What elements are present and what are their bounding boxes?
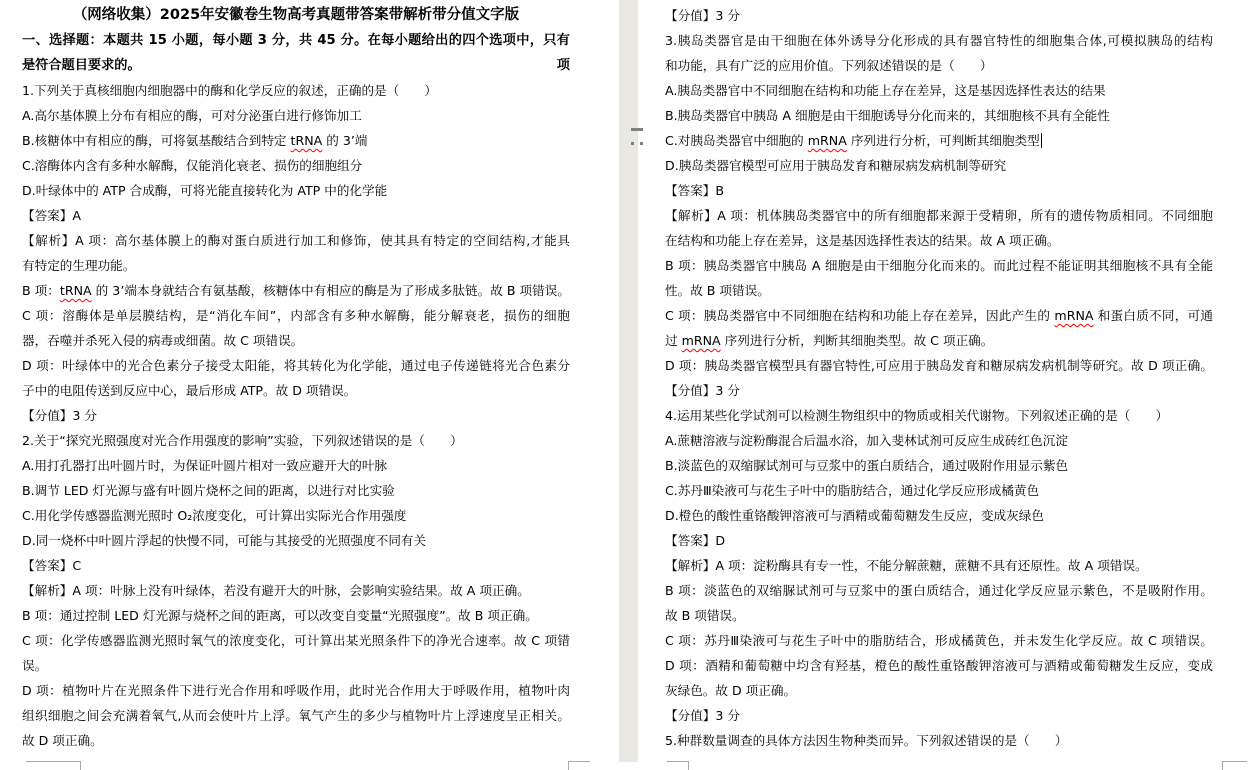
text-line: B 项：tRNA 的 3’端本身就结合有氨基酸，核糖体中有相应的酶是为了形成多肽… [22,278,570,303]
text-segment: 故 B 项错误。 [665,608,745,623]
text-line: 器，吞噬并杀死入侵的病毒或细菌。故 C 项错误。 [22,328,570,353]
text-segment: 有特定的生理功能。 [22,258,135,273]
text-segment: C.溶酶体内含有多种水解酶，仅能消化衰老、损伤的细胞组分 [22,158,362,173]
text-segment: B.核糖体中有相应的酶，可将氨基酸结合到特定 [22,133,291,148]
text-line: 【答案】C [22,553,570,578]
text-line: A.胰岛类器官中不同细胞在结构和功能上存在差异，这是基因选择性表达的结果 [665,78,1213,103]
text-segment: 的 3’端 [322,133,367,148]
text-boundary-crop-mark [1222,761,1247,770]
text-line: A.蔗糖溶液与淀粉酶混合后温水浴，加入斐林试剂可反应生成砖红色沉淀 [665,428,1213,453]
text-line: B.淡蓝色的双缩脲试剂可与豆浆中的蛋白质结合，通过吸附作用显示紫色 [665,453,1213,478]
text-segment: C 项：化学传感器监测光照时氧气的浓度变化，可计算出某光照条件下的净光合速率。故… [22,633,570,648]
text-segment: 子中的电阻传送到反应中心，最后形成 ATP。故 D 项错误。 [22,383,356,398]
text-line: 在结构和功能上存在差异，这是基因选择性表达的结果。故 A 项正确。 [665,228,1213,253]
text-line: 和功能，具有广泛的应用价值。下列叙述错误的是（ ） [665,53,1213,78]
page-gap [619,0,638,762]
text-segment: 组织细胞之间会充满着氧气,从而会使叶片上浮。氧气产生的多少与植物叶片上浮速度呈正… [22,708,570,723]
text-segment: B.胰岛类器官中胰岛 A 细胞是由干细胞诱导分化而来的，其细胞核不具有全能性 [665,108,1110,123]
text-line: 故 B 项错误。 [665,603,1213,628]
text-segment: 【解析】A 项：机体胰岛类器官中的所有细胞都来源于受精卵，所有的遗传物质相同。不… [665,208,1213,223]
text-segment: 误。 [22,658,47,673]
text-segment: 性。故 B 项错误。 [665,283,770,298]
text-segment: B.调节 LED 灯光源与盛有叶圆片烧杯之间的距离，以进行对比实验 [22,483,395,498]
page-2-text-area[interactable]: 【分值】3 分3.胰岛类器官是由干细胞在体外诱导分化形成的具有器官特性的细胞集合… [665,3,1213,753]
text-line: C 项：苏丹Ⅲ染液可与花生子叶中的脂肪结合，形成橘黄色，并未发生化学反应。故 C… [665,628,1213,653]
text-boundary-crop-mark [667,761,689,770]
text-segment: 故 D 项正确。 [22,733,103,748]
text-segment: D.胰岛类器官模型可应用于胰岛发育和糖尿病发病机制等研究 [665,158,1006,173]
text-segment: B 项：通过控制 LED 灯光源与烧杯之间的距离，可以改变自变量“光照强度”。故… [22,608,538,623]
text-segment: 序列进行分析，判断其细胞类型。故 C 项正确。 [721,333,994,348]
text-segment: 【分值】3 分 [665,708,740,723]
text-segment: 【答案】C [22,558,81,573]
text-line: C.溶酶体内含有多种水解酶，仅能消化衰老、损伤的细胞组分 [22,153,570,178]
text-line: D 项：叶绿体中的光合色素分子接受太阳能，将其转化为化学能，通过电子传递链将光合… [22,353,570,378]
text-line: D.胰岛类器官模型可应用于胰岛发育和糖尿病发病机制等研究 [665,153,1213,178]
text-segment: 过 [665,333,682,348]
text-segment: C 项：溶酶体是单层膜结构，是“消化车间”，内部含有多种水解酶，能分解衰老，损伤… [22,308,570,323]
text-line: 子中的电阻传送到反应中心，最后形成 ATP。故 D 项错误。 [22,378,570,403]
text-segment: 【分值】3 分 [22,408,97,423]
text-line: B.核糖体中有相应的酶，可将氨基酸结合到特定 tRNA 的 3’端 [22,128,570,153]
page-1-text-area[interactable]: （网络收集）2025年安徽卷生物高考真题带答案带解析带分值文字版一、选择题：本题… [22,3,570,753]
text-line: 3.胰岛类器官是由干细胞在体外诱导分化形成的具有器官特性的细胞集合体,可模拟胰岛… [665,28,1213,53]
text-line: 有特定的生理功能。 [22,253,570,278]
text-line: D 项：胰岛类器官模型具有器官特性,可应用于胰岛发育和糖尿病发病机制等研究。故 … [665,353,1213,378]
text-segment: 是符合题目要求的。 [22,58,141,73]
spellcheck-underlined-text: mRNA [1054,308,1093,323]
text-line: 1.下列关于真核细胞内细胞器中的酶和化学反应的叙述，正确的是（ ） [22,78,570,103]
text-line: 4.运用某些化学试剂可以检测生物组织中的物质或相关代谢物。下列叙述正确的是（ ） [665,403,1213,428]
text-line: 性。故 B 项错误。 [665,278,1213,303]
text-line: D 项：酒精和葡萄糖中均含有羟基，橙色的酸性重铬酸钾溶液可与酒精或葡萄糖发生反应… [665,653,1213,678]
text-line: B.调节 LED 灯光源与盛有叶圆片烧杯之间的距离，以进行对比实验 [22,478,570,503]
text-segment: 2.关于“探究光照强度对光合作用强度的影响”实验，下列叙述错误的是（ ） [22,433,463,448]
text-segment: 序列进行分析，可判断其细胞类型 [847,133,1040,148]
text-segment: 5.种群数量调查的具体方法因生物种类而异。下列叙述错误的是（ ） [665,733,1067,748]
text-line: 组织细胞之间会充满着氧气,从而会使叶片上浮。氧气产生的多少与植物叶片上浮速度呈正… [22,703,570,728]
text-segment: 器，吞噬并杀死入侵的病毒或细菌。故 C 项错误。 [22,333,303,348]
text-segment: D.叶绿体中的 ATP 合成酶，可将光能直接转化为 ATP 中的化学能 [22,183,387,198]
text-segment: B 项：淡蓝色的双缩脲试剂可与豆浆中的蛋白质结合，通过化学反应显示紫色，不是吸附… [665,583,1213,598]
text-line: D.橙色的酸性重铬酸钾溶液可与酒精或葡萄糖发生反应，变成灰绿色 [665,503,1213,528]
spellcheck-underlined-text: tRNA [60,283,92,298]
document-page-2: 【分值】3 分3.胰岛类器官是由干细胞在体外诱导分化形成的具有器官特性的细胞集合… [638,0,1251,770]
text-segment: 1.下列关于真核细胞内细胞器中的酶和化学反应的叙述，正确的是（ ） [22,83,437,98]
text-line: A.高尔基体膜上分布有相应的酶，可对分泌蛋白进行修饰加工 [22,103,570,128]
text-segment: 【分值】3 分 [665,8,740,23]
text-line: 故 D 项正确。 [22,728,570,753]
text-line: B 项：胰岛类器官中胰岛 A 细胞是由干细胞分化而来的。而此过程不能证明其细胞核… [665,253,1213,278]
text-line: A.用打孔器打出叶圆片时，为保证叶圆片相对一致应避开大的叶脉 [22,453,570,478]
text-segment: 和功能，具有广泛的应用价值。下列叙述错误的是（ ） [665,58,992,73]
paragraph-drag-handle-icon[interactable] [631,128,643,145]
text-line: C.用化学传感器监测光照时 O₂浓度变化，可计算出实际光合作用强度 [22,503,570,528]
text-segment: 【答案】D [665,533,725,548]
text-line: C.苏丹Ⅲ染液可与花生子叶中的脂肪结合，通过化学反应形成橘黄色 [665,478,1213,503]
text-segment: D.同一烧杯中叶圆片浮起的快慢不同，可能与其接受的光照强度不同有关 [22,533,426,548]
text-segment: 的 3’端本身就结合有氨基酸，核糖体中有相应的酶是为了形成多肽链。故 B 项错误… [92,283,570,298]
text-segment: D 项：叶绿体中的光合色素分子接受太阳能，将其转化为化学能，通过电子传递链将光合… [22,358,570,373]
text-segment: D 项：植物叶片在光照条件下进行光合作用和呼吸作用，此时光合作用大于呼吸作用，植… [22,683,570,698]
text-line: B.胰岛类器官中胰岛 A 细胞是由干细胞诱导分化而来的，其细胞核不具有全能性 [665,103,1213,128]
text-segment: 【解析】A 项：高尔基体膜上的酶对蛋白质进行加工和修饰，使其具有特定的空间结构,… [22,233,570,248]
text-segment: 【解析】A 项：叶脉上没有叶绿体，若没有避开大的叶脉，会影响实验结果。故 A 项… [22,583,530,598]
text-line: 【分值】3 分 [22,403,570,428]
text-segment: C.对胰岛类器官中细胞的 [665,133,808,148]
text-segment: D 项：酒精和葡萄糖中均含有羟基，橙色的酸性重铬酸钾溶液可与酒精或葡萄糖发生反应… [665,658,1213,673]
text-segment: C.苏丹Ⅲ染液可与花生子叶中的脂肪结合，通过化学反应形成橘黄色 [665,483,1039,498]
text-segment: B 项： [22,283,60,298]
text-line: D.同一烧杯中叶圆片浮起的快慢不同，可能与其接受的光照强度不同有关 [22,528,570,553]
text-segment: 【解析】A 项：淀粉酶具有专一性，不能分解蔗糖，蔗糖不具有还原性。故 A 项错误… [665,558,1148,573]
text-cursor [1041,133,1043,148]
text-line: 【答案】D [665,528,1213,553]
text-segment: B 项：胰岛类器官中胰岛 A 细胞是由干细胞分化而来的。而此过程不能证明其细胞核… [665,258,1213,273]
text-line: C.对胰岛类器官中细胞的 mRNA 序列进行分析，可判断其细胞类型 [665,128,1213,153]
text-segment: A.高尔基体膜上分布有相应的酶，可对分泌蛋白进行修饰加工 [22,108,362,123]
spellcheck-underlined-text: mRNA [682,333,721,348]
text-segment: 和蛋白质不同，可通 [1093,308,1213,323]
text-line: 2.关于“探究光照强度对光合作用强度的影响”实验，下列叙述错误的是（ ） [22,428,570,453]
text-line: 灰绿色。故 D 项正确。 [665,678,1213,703]
text-line: C 项：化学传感器监测光照时氧气的浓度变化，可计算出某光照条件下的净光合速率。故… [22,628,570,653]
document-page-1: （网络收集）2025年安徽卷生物高考真题带答案带解析带分值文字版一、选择题：本题… [0,0,619,770]
text-segment: 3.胰岛类器官是由干细胞在体外诱导分化形成的具有器官特性的细胞集合体,可模拟胰岛… [665,33,1213,48]
text-segment: 灰绿色。故 D 项正确。 [665,683,796,698]
text-segment: D 项：胰岛类器官模型具有器官特性,可应用于胰岛发育和糖尿病发病机制等研究。故 … [665,358,1213,373]
text-segment: A.蔗糖溶液与淀粉酶混合后温水浴，加入斐林试剂可反应生成砖红色沉淀 [665,433,1068,448]
text-segment: C 项：胰岛类器官中不同细胞在结构和功能上存在差异，因此产生的 [665,308,1054,323]
spellcheck-underlined-text: mRNA [808,133,847,148]
text-line: B 项：淡蓝色的双缩脲试剂可与豆浆中的蛋白质结合，通过化学反应显示紫色，不是吸附… [665,578,1213,603]
text-line: D.叶绿体中的 ATP 合成酶，可将光能直接转化为 ATP 中的化学能 [22,178,570,203]
spellcheck-underlined-text: tRNA [291,133,323,148]
text-line: 【解析】A 项：淀粉酶具有专一性，不能分解蔗糖，蔗糖不具有还原性。故 A 项错误… [665,553,1213,578]
text-boundary-crop-mark [26,761,81,770]
text-line: 【解析】A 项：叶脉上没有叶绿体，若没有避开大的叶脉，会影响实验结果。故 A 项… [22,578,570,603]
text-segment: C.用化学传感器监测光照时 O₂浓度变化，可计算出实际光合作用强度 [22,508,406,523]
text-line: C 项：溶酶体是单层膜结构，是“消化车间”，内部含有多种水解酶，能分解衰老，损伤… [22,303,570,328]
text-line: B 项：通过控制 LED 灯光源与烧杯之间的距离，可以改变自变量“光照强度”。故… [22,603,570,628]
text-segment: 在结构和功能上存在差异，这是基因选择性表达的结果。故 A 项正确。 [665,233,1059,248]
text-segment: B.淡蓝色的双缩脲试剂可与豆浆中的蛋白质结合，通过吸附作用显示紫色 [665,458,1068,473]
text-line: 一、选择题：本题共 15 小题，每小题 3 分，共 45 分。在每小题给出的四个… [22,28,570,53]
document-title-line: （网络收集）2025年安徽卷生物高考真题带答案带解析带分值文字版 [22,3,570,28]
text-segment: 【分值】3 分 [665,383,740,398]
text-line: 【分值】3 分 [665,378,1213,403]
text-segment: 【答案】B [665,183,724,198]
text-line: 【分值】3 分 [665,3,1213,28]
text-line: 【分值】3 分 [665,703,1213,728]
text-line: 【答案】A [22,203,570,228]
text-segment: 4.运用某些化学试剂可以检测生物组织中的物质或相关代谢物。下列叙述正确的是（ ） [665,408,1168,423]
text-segment: A.胰岛类器官中不同细胞在结构和功能上存在差异，这是基因选择性表达的结果 [665,83,1106,98]
text-segment: （网络收集）2025年安徽卷生物高考真题带答案带解析带分值文字版 [73,7,519,23]
text-line: 5.种群数量调查的具体方法因生物种类而异。下列叙述错误的是（ ） [665,728,1213,753]
text-line: 过 mRNA 序列进行分析，判断其细胞类型。故 C 项正确。 [665,328,1213,353]
text-segment: D.橙色的酸性重铬酸钾溶液可与酒精或葡萄糖发生反应，变成灰绿色 [665,508,1044,523]
text-line: 【答案】B [665,178,1213,203]
text-boundary-crop-mark [568,761,590,770]
text-segment: C 项：苏丹Ⅲ染液可与花生子叶中的脂肪结合，形成橘黄色，并未发生化学反应。故 C… [665,633,1213,648]
text-segment: 【答案】A [22,208,81,223]
text-line: 【解析】A 项：机体胰岛类器官中的所有细胞都来源于受精卵，所有的遗传物质相同。不… [665,203,1213,228]
text-line: 【解析】A 项：高尔基体膜上的酶对蛋白质进行加工和修饰，使其具有特定的空间结构,… [22,228,570,253]
text-segment: A.用打孔器打出叶圆片时，为保证叶圆片相对一致应避开大的叶脉 [22,458,387,473]
text-line: 误。 [22,653,570,678]
text-line: C 项：胰岛类器官中不同细胞在结构和功能上存在差异，因此产生的 mRNA 和蛋白… [665,303,1213,328]
text-line: D 项：植物叶片在光照条件下进行光合作用和呼吸作用，此时光合作用大于呼吸作用，植… [22,678,570,703]
